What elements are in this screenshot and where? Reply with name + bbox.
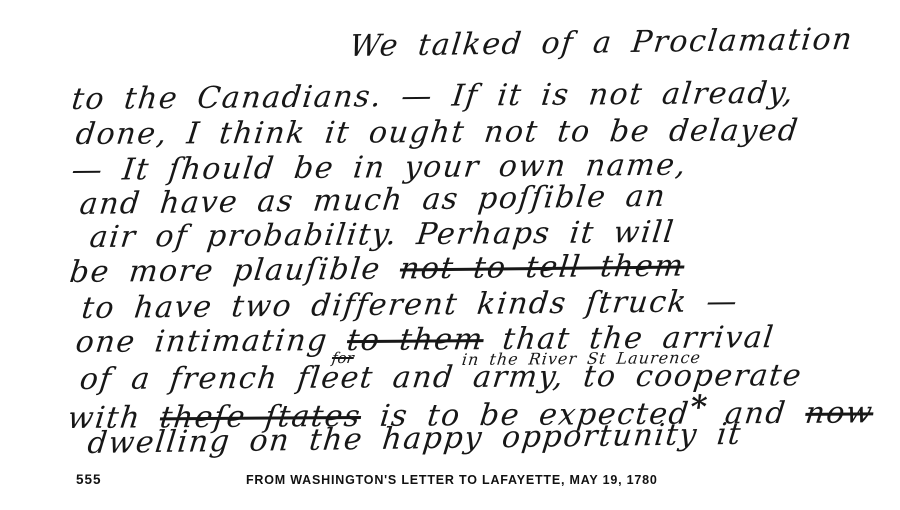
manuscript-line: air of probability. Perhaps it will	[88, 216, 677, 254]
page-number: 555	[76, 472, 102, 487]
manuscript-line: dwelling on the happy opportunity it	[86, 418, 744, 460]
manuscript-text-segment: We talked of a Proclamation	[348, 22, 855, 64]
manuscript-line: done, I think it ought not to be delayed	[74, 114, 801, 151]
manuscript-line: to have two different kinds ſtruck —	[80, 285, 740, 325]
manuscript-line: be more plauſible not to tell them	[68, 250, 686, 289]
caption: FROM WASHINGTON'S LETTER TO LAFAYETTE, M…	[246, 473, 658, 487]
manuscript-text-segment: be more plauſible	[68, 252, 402, 291]
facsimile-page: We talked of a Proclamation to the Canad…	[0, 0, 900, 510]
manuscript-line: We talked of a Proclamation	[348, 23, 855, 63]
manuscript-text-segment: done, I think it ought not to be delayed	[74, 113, 801, 152]
manuscript-text-segment: to the Canadians. — If it is not already…	[70, 76, 796, 117]
manuscript-inserted-struck-word: for	[331, 349, 355, 367]
manuscript-line: to the Canadians. — If it is not already…	[70, 77, 796, 116]
manuscript-text-segment: to have two different kinds ſtruck —	[80, 284, 740, 326]
manuscript-struck-text: now	[803, 395, 875, 431]
manuscript-text-segment: one intimating	[74, 323, 349, 360]
manuscript-interlineation: in the River St Laurence	[461, 348, 702, 369]
manuscript-struck-text: not to tell them	[398, 249, 686, 287]
